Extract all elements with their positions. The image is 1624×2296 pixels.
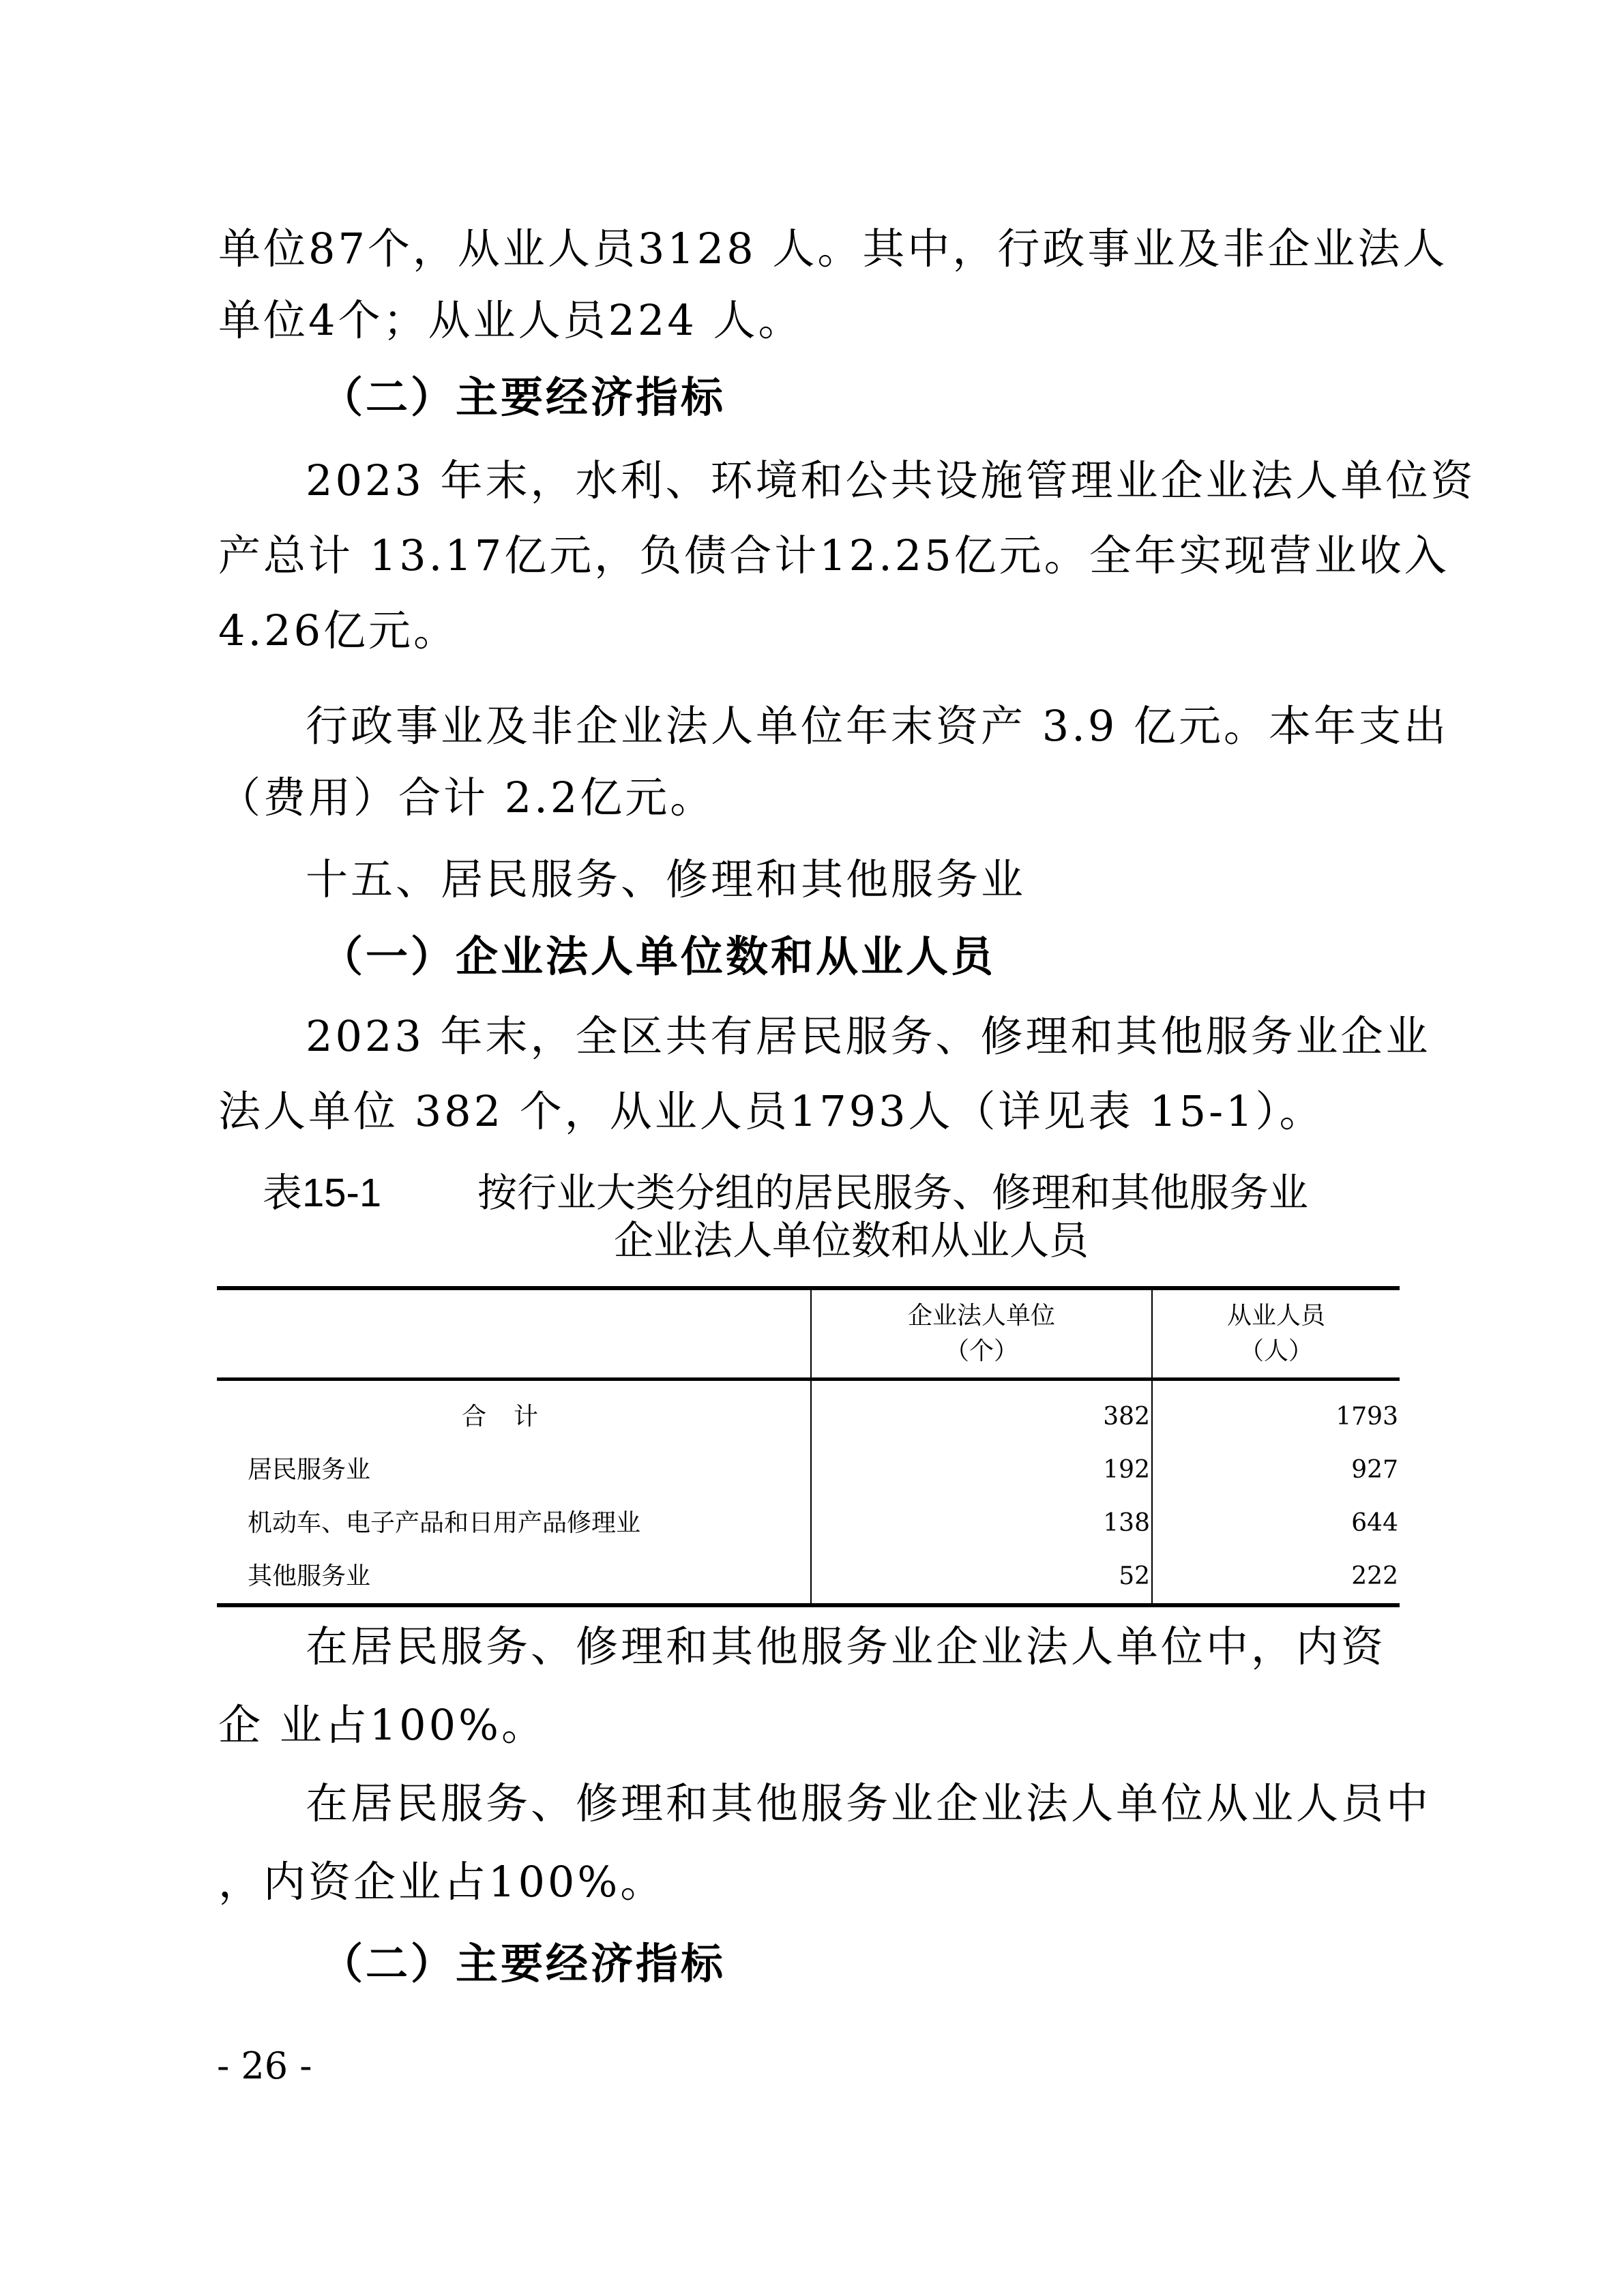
header-employees-unit: （人） xyxy=(1153,1334,1400,1369)
paragraph-line: ，内资企业占100%。 xyxy=(218,1855,665,1909)
paragraph-line: 在居民服务、修理和其他服务业企业法人单位中，内资 xyxy=(306,1620,1386,1674)
header-units-label: 企业法人单位 xyxy=(812,1298,1151,1334)
paragraph-line: 行政事业及非企业法人单位年末资产 3.9 亿元。本年支出 xyxy=(306,699,1449,754)
paragraph-line: （费用）合计 2.2亿元。 xyxy=(218,771,715,825)
header-units-unit: （个） xyxy=(812,1334,1151,1369)
table-header-row: 企业法人单位 （个） 从业人员 （人） xyxy=(217,1288,1400,1380)
paragraph-line: 产总计 13.17亿元，负债合计12.25亿元。全年实现营业收入 xyxy=(218,528,1449,583)
subheading-economic-indicators: （二）主要经济指标 xyxy=(321,1937,726,1991)
paragraph-line: 企 业占100%。 xyxy=(218,1698,546,1753)
row-label: 合计 xyxy=(217,1380,811,1444)
row-label: 机动车、电子产品和日用产品修理业 xyxy=(217,1497,811,1550)
paragraph-line: 4.26亿元。 xyxy=(218,603,458,658)
header-employees-label: 从业人员 xyxy=(1153,1298,1400,1334)
table-title-line1: 按行业大类分组的居民服务、修理和其他服务业 xyxy=(477,1169,1308,1217)
paragraph-line: 单位87个，从业人员3128 人。其中，行政事业及非企业法人 xyxy=(218,222,1447,276)
subheading-economic-indicators: （二）主要经济指标 xyxy=(321,370,726,425)
row-employees: 644 xyxy=(1152,1497,1400,1550)
paragraph-line: 在居民服务、修理和其他服务业企业法人单位从业人员中 xyxy=(306,1776,1431,1831)
row-employees: 222 xyxy=(1152,1550,1400,1605)
paragraph-line: 2023 年末，水利、环境和公共设施管理业企业法人单位资 xyxy=(306,453,1476,508)
header-employees: 从业人员 （人） xyxy=(1152,1288,1400,1380)
table-row: 机动车、电子产品和日用产品修理业 138 644 xyxy=(217,1497,1400,1550)
paragraph-line: 2023 年末，全区共有居民服务、修理和其他服务业企业 xyxy=(306,1009,1431,1064)
table-title-line2: 企业法人单位数和从业人员 xyxy=(614,1217,1089,1265)
section-heading: 十五、居民服务、修理和其他服务业 xyxy=(306,852,1026,907)
header-blank xyxy=(217,1288,811,1380)
row-employees: 927 xyxy=(1152,1444,1400,1497)
row-units: 382 xyxy=(811,1380,1152,1444)
table-row-total: 合计 382 1793 xyxy=(217,1380,1400,1444)
row-label: 其他服务业 xyxy=(217,1550,811,1605)
page-number: - 26 - xyxy=(217,2046,312,2087)
row-employees: 1793 xyxy=(1152,1380,1400,1444)
paragraph-line: 单位4个；从业人员224 人。 xyxy=(218,293,803,348)
row-units: 192 xyxy=(811,1444,1152,1497)
header-units: 企业法人单位 （个） xyxy=(811,1288,1152,1380)
row-label: 居民服务业 xyxy=(217,1444,811,1497)
data-table: 企业法人单位 （个） 从业人员 （人） 合计 382 1793 居民服务业 19… xyxy=(217,1286,1400,1607)
table-row: 居民服务业 192 927 xyxy=(217,1444,1400,1497)
row-units: 138 xyxy=(811,1497,1152,1550)
subheading-units-employees: （一）企业法人单位数和从业人员 xyxy=(321,929,996,984)
paragraph-line: 法人单位 382 个，从业人员1793人（详见表 15-1）。 xyxy=(218,1084,1325,1139)
table-number: 表15-1 xyxy=(263,1169,381,1217)
table-row: 其他服务业 52 222 xyxy=(217,1550,1400,1605)
row-units: 52 xyxy=(811,1550,1152,1605)
